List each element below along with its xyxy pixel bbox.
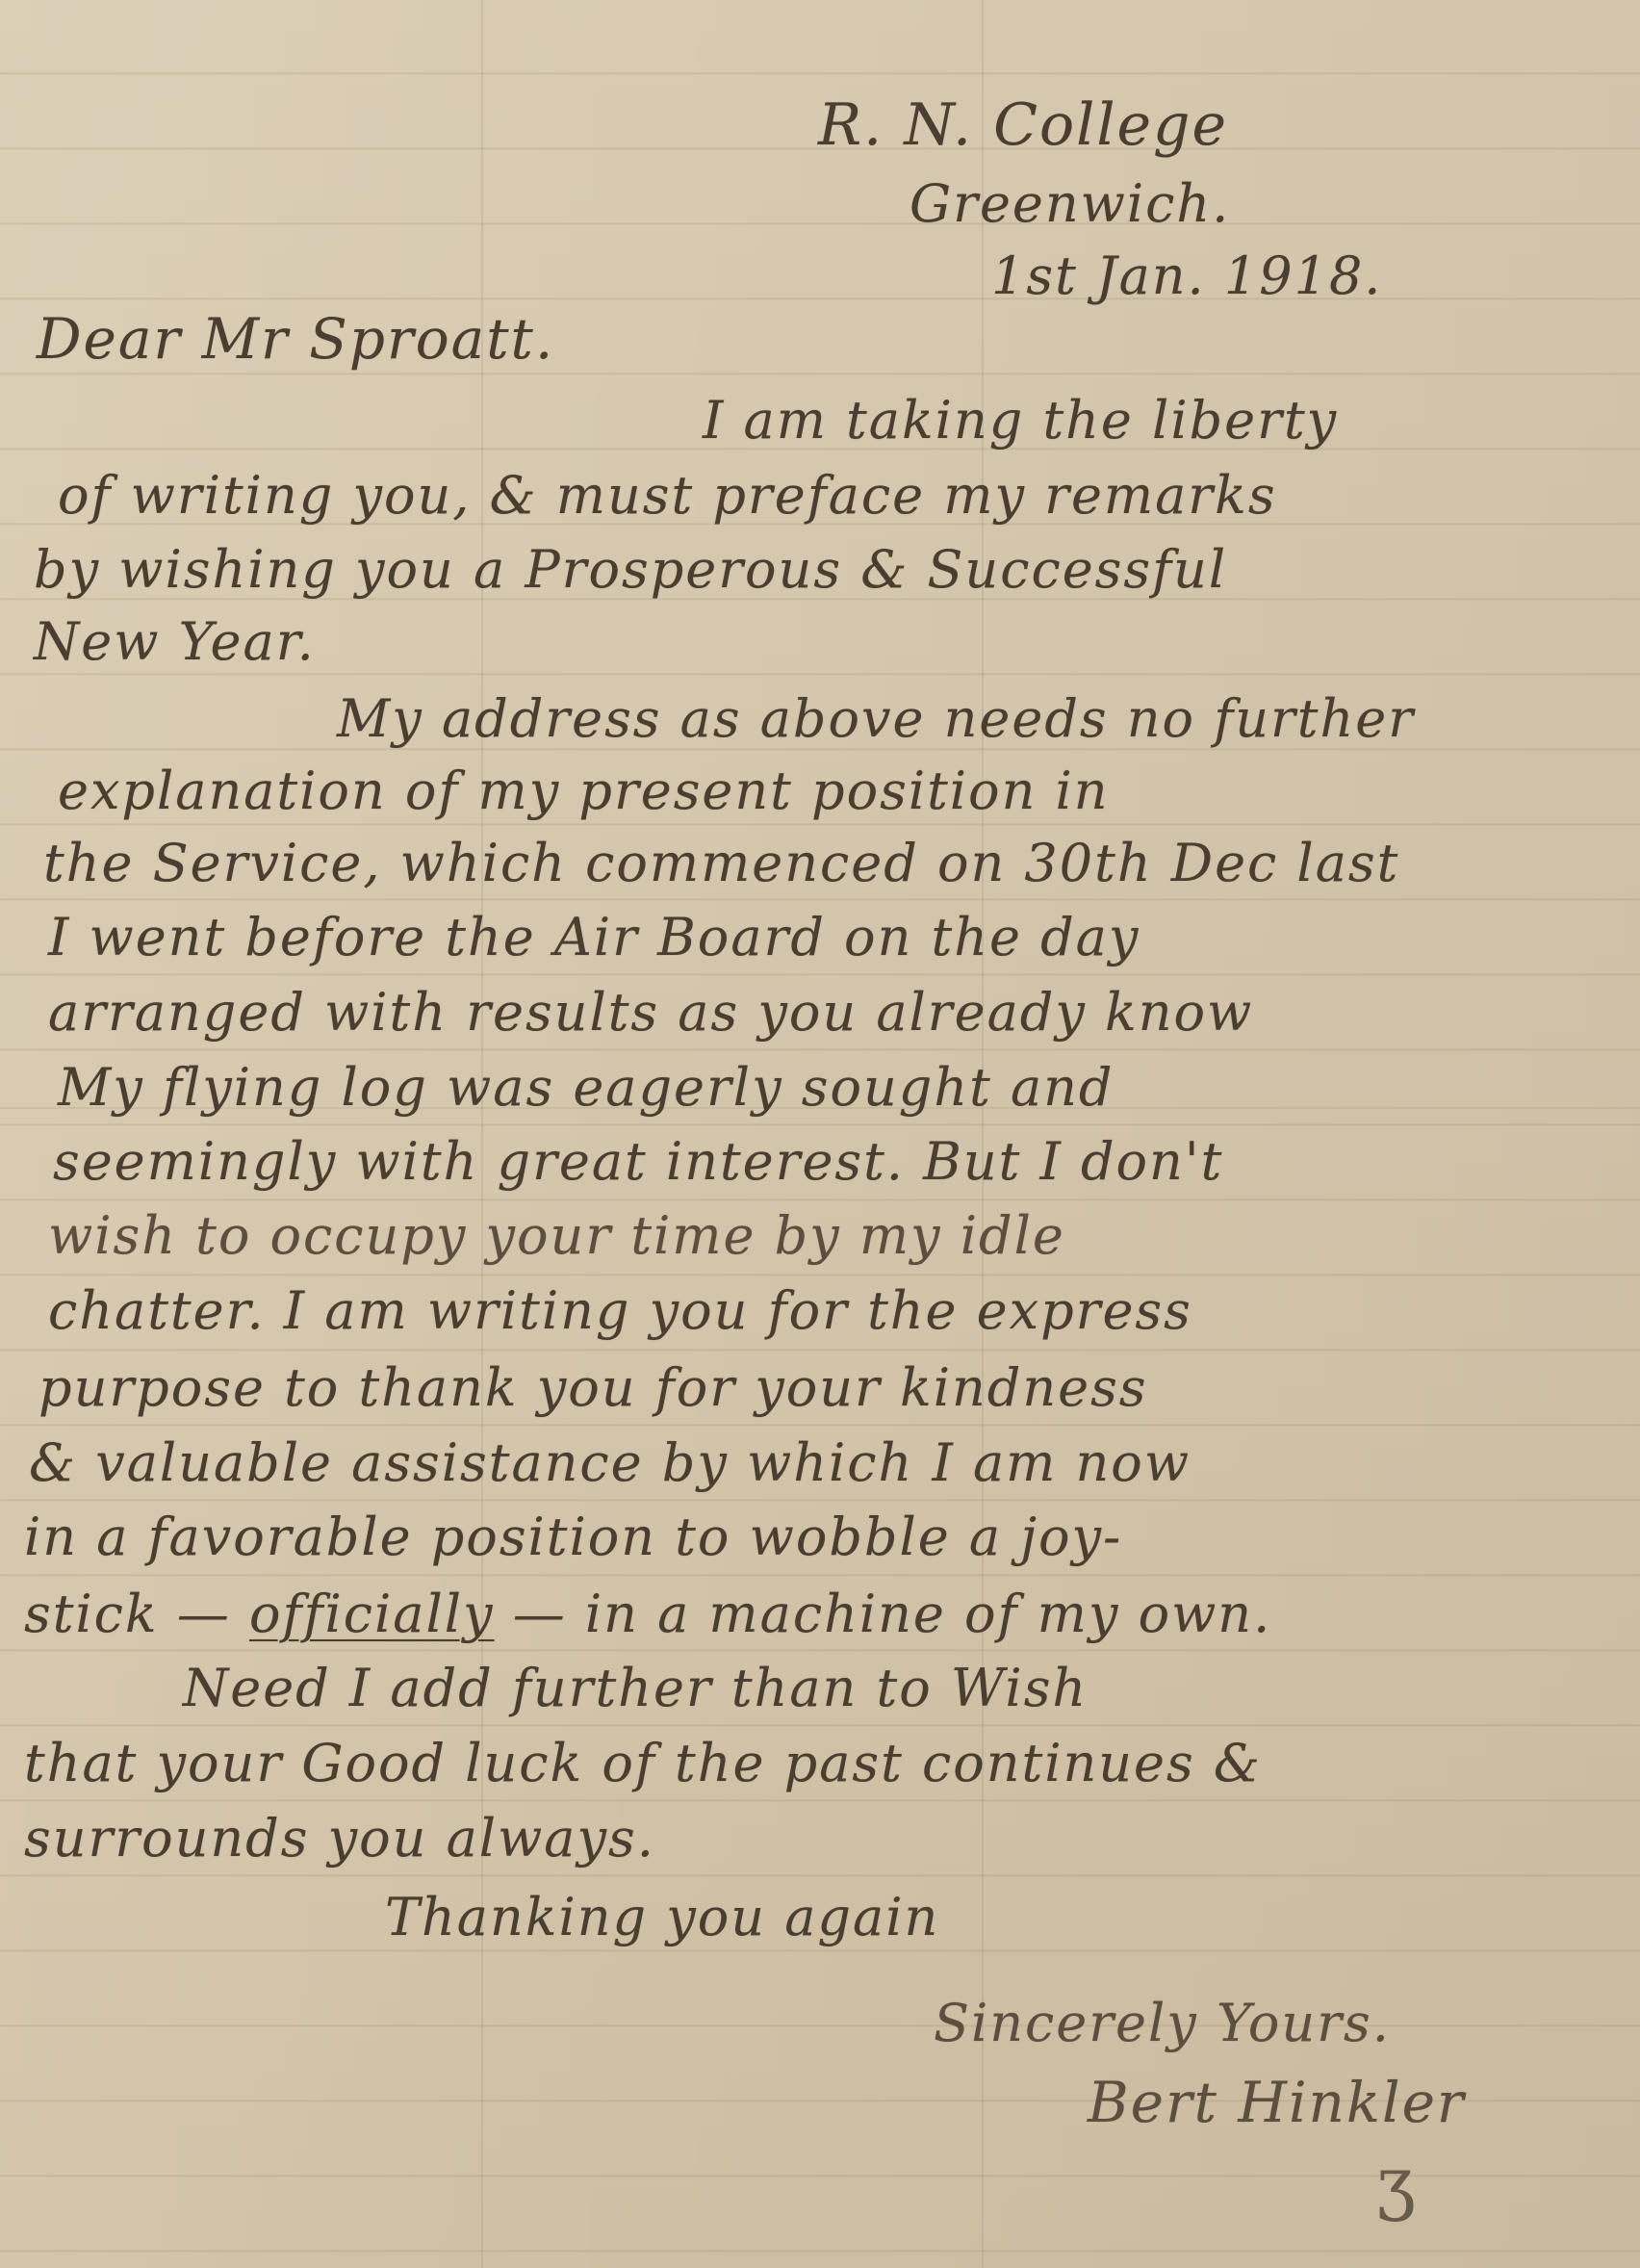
- closing-thanks: Thanking you again: [385, 1887, 939, 1947]
- address-line-1: R. N. College: [818, 91, 1228, 159]
- body-line: of writing you, & must preface my remark…: [58, 465, 1277, 526]
- body-line: My flying log was eagerly sought and: [58, 1057, 1115, 1118]
- body-line: chatter. I am writing you for the expres…: [48, 1280, 1192, 1341]
- letter-date: 1st Jan. 1918.: [991, 245, 1382, 306]
- closing-valediction: Sincerely Yours.: [934, 1993, 1391, 2053]
- dash: —: [513, 1584, 567, 1644]
- body-line: in a favorable position to wobble a joy-: [24, 1507, 1122, 1567]
- salutation: Dear Mr Sproatt.: [37, 306, 554, 372]
- body-line-stick: stick — officially — in a machine of my …: [24, 1584, 1271, 1644]
- address-line-2: Greenwich.: [910, 173, 1230, 234]
- corner-mark-glyph: ʒ: [1376, 2142, 1416, 2223]
- body-line: purpose to thank you for your kindness: [38, 1357, 1148, 1418]
- body-line: arranged with results as you already kno…: [48, 982, 1253, 1043]
- body-line: My address as above needs no further: [337, 688, 1415, 749]
- body-line: & valuable assistance by which I am now: [29, 1432, 1191, 1493]
- body-line: surrounds you always.: [24, 1808, 655, 1869]
- body-line: by wishing you a Prosperous & Successful: [34, 539, 1227, 600]
- body-line: I am taking the liberty: [703, 390, 1338, 451]
- body-line: that your Good luck of the past continue…: [24, 1733, 1262, 1793]
- body-line: wish to occupy your time by my idle: [48, 1205, 1065, 1266]
- letter-page: R. N. College Greenwich. 1st Jan. 1918. …: [0, 0, 1640, 2268]
- underlined-word-officially: officially: [249, 1584, 495, 1644]
- signature: Bert Hinkler: [1088, 2070, 1466, 2135]
- body-line: New Year.: [34, 611, 316, 672]
- body-line: explanation of my present position in: [58, 760, 1110, 821]
- dash: —: [177, 1584, 231, 1644]
- word-stick: stick: [24, 1584, 159, 1644]
- body-line: seemingly with great interest. But I don…: [53, 1131, 1223, 1192]
- body-line: the Service, which commenced on 30th Dec…: [43, 833, 1399, 893]
- body-line: I went before the Air Board on the day: [48, 907, 1140, 967]
- body-line: Need I add further than to Wish: [183, 1658, 1088, 1718]
- word-group: in a machine of my own.: [585, 1584, 1271, 1644]
